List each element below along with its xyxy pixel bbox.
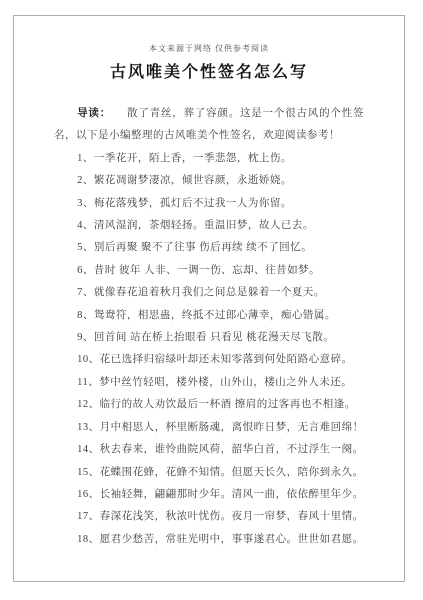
list-item: 14、秋去春来，谁怜曲院风荷，韶华白首，不过浮生一阕。 — [54, 439, 364, 461]
list-item: 1、一季花开，陌上香，一季悲怨，枕上伤。 — [54, 148, 364, 170]
list-item: 15、花蝶围花蜂，花蜂不知情。但愿天长久，陪你到永久。 — [54, 462, 364, 484]
document-page: 本文来源于网络 仅供参考阅读 古风唯美个性签名怎么写 导读：散了青丝，葬了容颜。… — [13, 15, 405, 582]
signature-list: 1、一季花开，陌上香，一季悲怨，枕上伤。 2、繁花凋谢梦凄凉，倾世容颜，永逝娇娆… — [54, 148, 364, 551]
list-item: 5、别后再聚 聚不了往事 伤后再续 续不了回忆。 — [54, 237, 364, 259]
list-item: 16、长袖轻舞，翩翩那时少年。清风一曲，依依醉里年少。 — [54, 484, 364, 506]
list-item: 17、春深花浅笑，秋浓叶忧伤。夜月一帘梦，春风十里情。 — [54, 506, 364, 528]
list-item: 4、清风湿润，茶烟轻扬。重温旧梦，故人已去。 — [54, 215, 364, 237]
intro-label: 导读： — [77, 108, 111, 119]
list-item: 8、鸳鸯符，相思蛊，终抵不过郎心薄幸，痴心错属。 — [54, 305, 364, 327]
list-item: 3、梅花落残梦，孤灯后不过我一人为你留。 — [54, 193, 364, 215]
list-item: 9、回首间 站在桥上抬眼看 只看见 桃花漫天尽飞散。 — [54, 327, 364, 349]
intro-paragraph: 导读：散了青丝，葬了容颜。这是一个很古风的个性签名，以下是小编整理的古风唯美个性… — [54, 103, 364, 148]
page-title: 古风唯美个性签名怎么写 — [54, 59, 364, 82]
list-item: 6、昔时 彼年 人非、一调一伤、忘却、往昔如梦。 — [54, 260, 364, 282]
list-item: 2、繁花凋谢梦凄凉，倾世容颜，永逝娇娆。 — [54, 170, 364, 192]
page-content: 本文来源于网络 仅供参考阅读 古风唯美个性签名怎么写 导读：散了青丝，葬了容颜。… — [14, 43, 404, 551]
list-item: 11、梦中丝竹轻唱，楼外楼，山外山，楼山之外人未还。 — [54, 372, 364, 394]
list-item: 13、月中相思人，杯里断肠魂，离恨昨日梦，无言难回绵！ — [54, 417, 364, 439]
source-note: 本文来源于网络 仅供参考阅读 — [54, 43, 364, 54]
list-item: 10、花已选择归宿绿叶却还未知零落到何处陌路心意碎。 — [54, 349, 364, 371]
list-item: 18、愿君少愁苦，常驻光明中，事事遂君心。世世如君愿。 — [54, 529, 364, 551]
list-item: 7、就像春花追着秋月我们之间总是躲着一个夏天。 — [54, 282, 364, 304]
list-item: 12、临行的故人劝饮最后一杯酒 擦肩的过客再也不相逢。 — [54, 394, 364, 416]
